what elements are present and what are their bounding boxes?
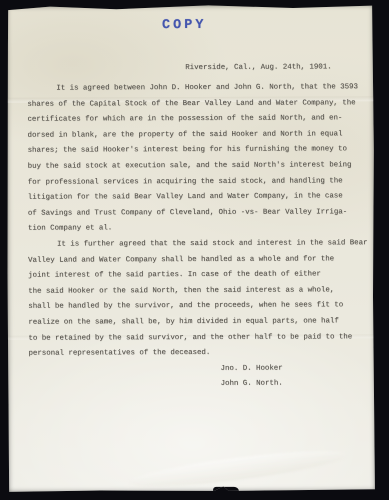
body-line: realize on the same, shall be, by him di… (28, 314, 368, 331)
agreement-text: It is agreed between John D. Hooker and … (27, 80, 368, 393)
body-line: Valley Land and Water Company shall be h… (28, 252, 368, 269)
body-line: the said Hooker or the said North, then … (28, 283, 368, 300)
paper-crease-diagonal (127, 444, 348, 494)
body-line: certificates for which are in the posses… (27, 111, 367, 128)
body-line: to be retained by the said survivor, and… (28, 330, 368, 347)
body-line: personal representatives of the deceased… (28, 345, 368, 362)
agreement-paragraph-1: It is agreed between John D. Hooker and … (27, 80, 368, 237)
copy-stamp: COPY (162, 18, 206, 33)
body-line: shares; the said Hooker's interest being… (28, 143, 368, 160)
body-line: shall be handled by the survivor, and th… (28, 299, 368, 316)
signature-block: Jno. D. Hooker John G. North. (28, 361, 368, 394)
body-line: shares of the Capital Stock of the Bear … (27, 96, 367, 113)
body-line: dorsed in blank, are the property of the… (27, 127, 367, 144)
body-line: tion Company et al. (28, 221, 368, 238)
paper-edge-notch (213, 487, 239, 494)
agreement-paragraph-2: It is further agreed that the said stock… (28, 236, 369, 362)
body-line: It is agreed between John D. Hooker and … (27, 80, 367, 97)
body-line: of Savings and Trust Company of Clevelan… (28, 205, 368, 222)
body-line: It is further agreed that the said stock… (28, 236, 368, 253)
body-line: buy the said stock at execution sale, an… (28, 158, 368, 175)
signature-hooker: Jno. D. Hooker (28, 361, 368, 378)
body-line: litigation for the said Bear Valley Land… (28, 189, 368, 206)
signature-north: John G. North. (29, 377, 369, 394)
dateline: Riverside, Cal., Aug. 24th, 1901. (185, 63, 331, 72)
scan-background: COPY Riverside, Cal., Aug. 24th, 1901. I… (0, 0, 389, 500)
body-line: for professional services in acquiring t… (28, 174, 368, 191)
body-line: joint interest of the said parties. In c… (28, 267, 368, 284)
document-paper: COPY Riverside, Cal., Aug. 24th, 1901. I… (6, 4, 376, 493)
